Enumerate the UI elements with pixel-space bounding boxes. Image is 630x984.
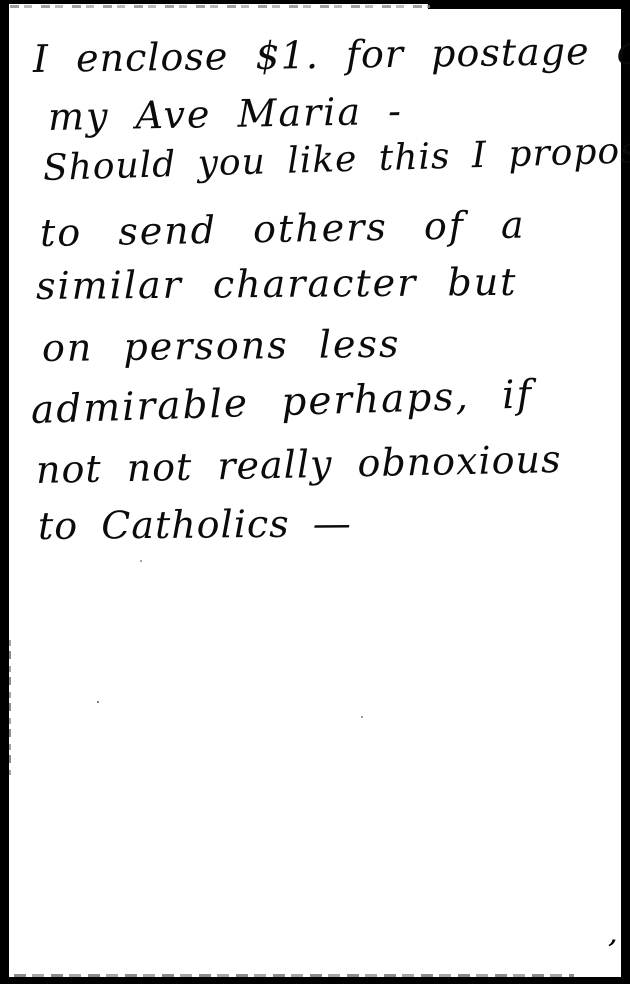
ink-speck-mark: ’	[604, 934, 618, 970]
handwritten-line-2: my Ave Maria -	[48, 92, 404, 136]
handwritten-line-6: on persons less	[42, 325, 401, 367]
handwritten-line-5: similar character but	[36, 263, 518, 305]
scan-noise-bottom	[14, 974, 574, 977]
scan-border-left	[0, 0, 9, 984]
handwritten-line-7: admirable perhaps, if	[30, 375, 533, 430]
scan-border-bottom	[0, 977, 630, 984]
handwritten-line-9: to Catholics —	[38, 504, 352, 545]
scan-noise-top	[10, 5, 430, 8]
scan-speck	[140, 560, 142, 562]
scanned-letter-page: I enclose $1. for postage on my Ave Mari…	[0, 0, 630, 984]
scan-noise-left	[9, 640, 11, 775]
scan-border-top-right	[428, 0, 630, 9]
scan-speck	[361, 716, 363, 718]
handwritten-line-8: not not really obnoxious	[36, 440, 562, 489]
scan-speck	[97, 701, 99, 703]
handwritten-line-4: to send others of a	[40, 206, 526, 252]
handwritten-line-3: Should you like this I propose	[42, 133, 630, 187]
handwritten-line-1: I enclose $1. for postage on	[33, 31, 630, 78]
